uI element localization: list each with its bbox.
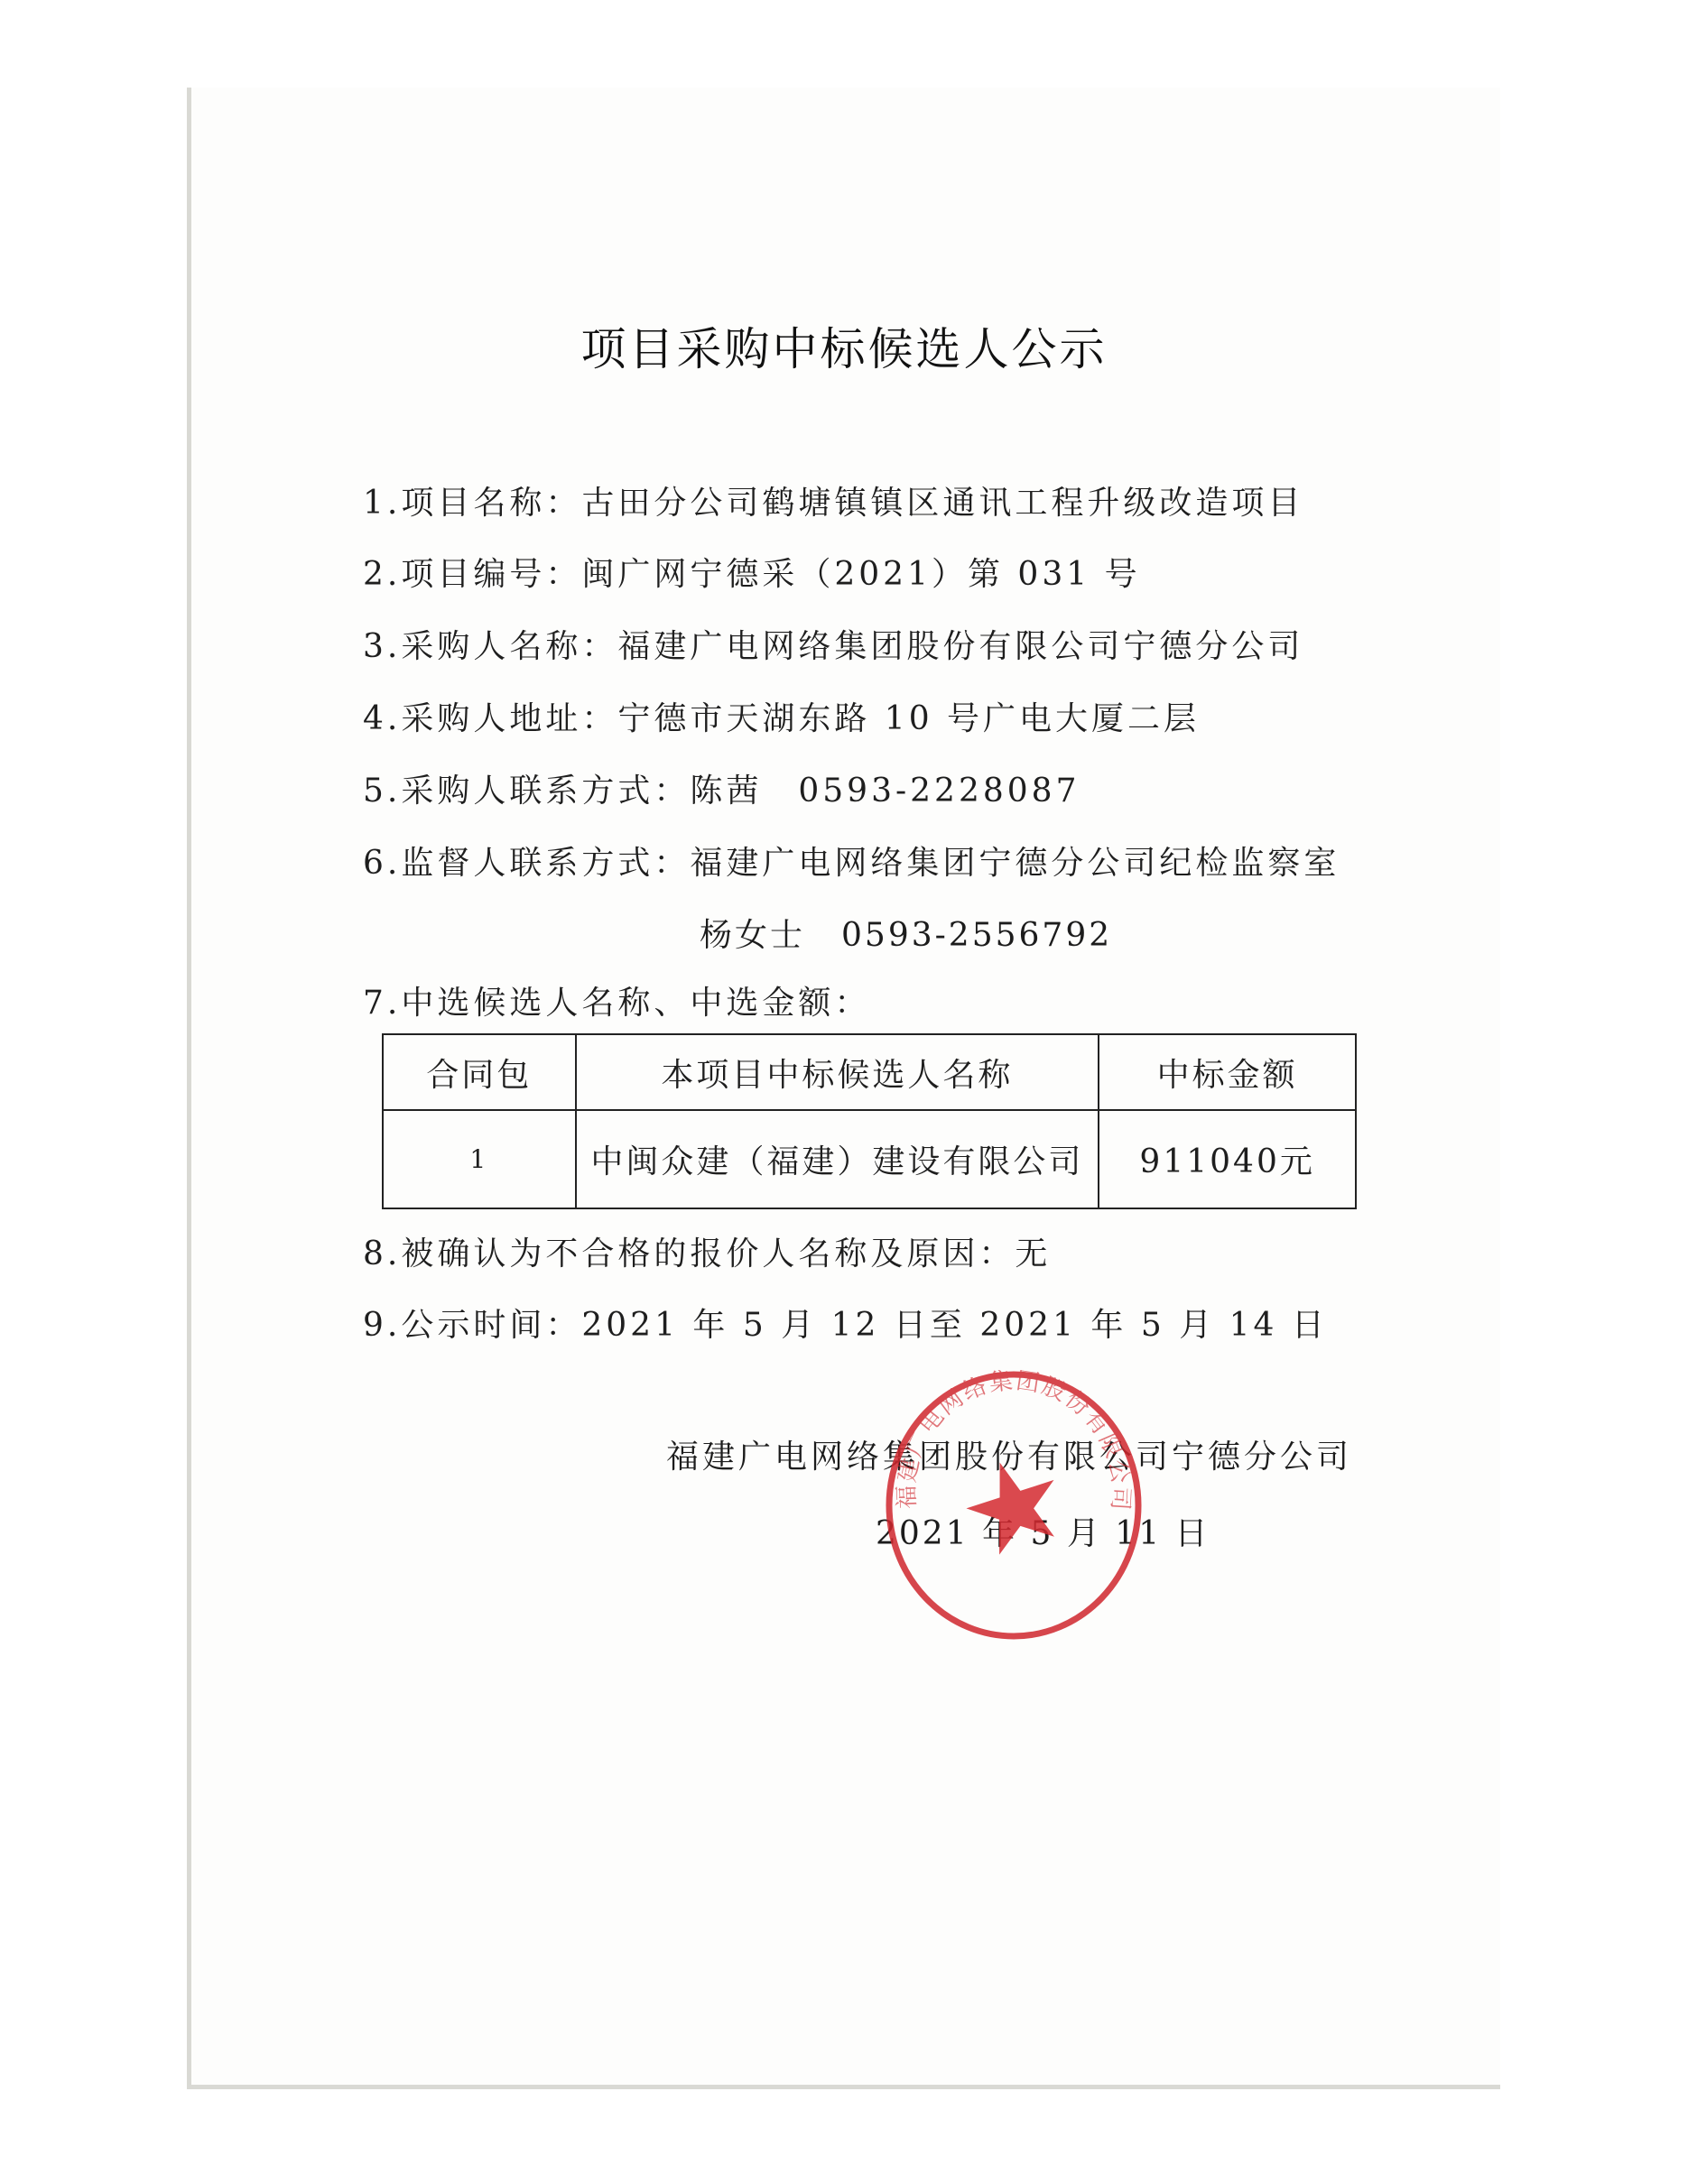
header-bid-amount: 中标金额 — [1099, 1034, 1356, 1110]
cell-candidate-name: 中闽众建（福建）建设有限公司 — [576, 1110, 1099, 1208]
item-value: 无 — [1015, 1235, 1051, 1272]
item-label: 2.项目编号： — [363, 556, 581, 593]
purchaser-phone: 0593-2228087 — [798, 773, 1080, 810]
supervisor-phone: 0593-2556792 — [841, 917, 1112, 954]
item-publicity-period: 9.公示时间：2021 年 5 月 12 日至 2021 年 5 月 14 日 — [363, 1303, 1328, 1348]
item-value: 福建广电网络集团宁德分公司纪检监察室 — [690, 845, 1340, 882]
item-candidate-heading: 7.中选候选人名称、中选金额： — [363, 981, 870, 1026]
item-label: 8.被确认为不合格的报价人名称及原因： — [363, 1235, 1015, 1272]
item-label: 4.采购人地址： — [363, 700, 617, 737]
item-label: 9.公示时间： — [363, 1307, 581, 1344]
supervisor-name: 杨女士 — [700, 917, 805, 954]
item-disqualified: 8.被确认为不合格的报价人名称及原因：无 — [363, 1232, 1051, 1277]
header-candidate-name: 本项目中标候选人名称 — [576, 1034, 1099, 1110]
item-label: 6.监督人联系方式： — [363, 845, 690, 882]
item-value: 宁德市天湖东路 10 号广电大厦二层 — [617, 700, 1200, 737]
item-label: 5.采购人联系方式： — [363, 773, 690, 810]
table-row: 1 中闽众建（福建）建设有限公司 911040元 — [383, 1110, 1356, 1208]
item-project-number: 2.项目编号：闽广网宁德采（2021）第 031 号 — [363, 552, 1141, 597]
item-value: 古田分公司鹤塘镇镇区通讯工程升级改造项目 — [581, 485, 1303, 522]
item-value: 福建广电网络集团股份有限公司宁德分公司 — [617, 628, 1303, 665]
item-purchaser-contact: 5.采购人联系方式：陈茜0593-2228087 — [363, 769, 1081, 814]
signature-date: 2021 年 5 月 11 日 — [876, 1512, 1210, 1557]
candidate-table: 合同包 本项目中标候选人名称 中标金额 1 中闽众建（福建）建设有限公司 911… — [382, 1033, 1357, 1209]
table-header-row: 合同包 本项目中标候选人名称 中标金额 — [383, 1034, 1356, 1110]
item-purchaser-name: 3.采购人名称：福建广电网络集团股份有限公司宁德分公司 — [363, 625, 1303, 670]
item-label: 1.项目名称： — [363, 485, 581, 522]
cell-contract-package: 1 — [383, 1110, 576, 1208]
item-value: 2021 年 5 月 12 日至 2021 年 5 月 14 日 — [581, 1307, 1328, 1344]
item-value: 陈茜 — [690, 773, 762, 810]
signature-organization: 福建广电网络集团股份有限公司宁德分公司 — [666, 1435, 1352, 1480]
item-label: 3.采购人名称： — [363, 628, 617, 665]
item-value: 闽广网宁德采（2021）第 031 号 — [581, 556, 1140, 593]
item-label: 7.中选候选人名称、中选金额： — [363, 985, 870, 1022]
header-contract-package: 合同包 — [383, 1034, 576, 1110]
supervisor-contact-detail: 杨女士0593-2556792 — [700, 913, 1112, 958]
document-title: 项目采购中标候选人公示 — [0, 318, 1688, 381]
item-purchaser-address: 4.采购人地址：宁德市天湖东路 10 号广电大厦二层 — [363, 697, 1200, 742]
cell-bid-amount: 911040元 — [1099, 1110, 1356, 1208]
item-project-name: 1.项目名称：古田分公司鹤塘镇镇区通讯工程升级改造项目 — [363, 481, 1303, 526]
item-supervisor-contact: 6.监督人联系方式：福建广电网络集团宁德分公司纪检监察室 — [363, 841, 1340, 886]
